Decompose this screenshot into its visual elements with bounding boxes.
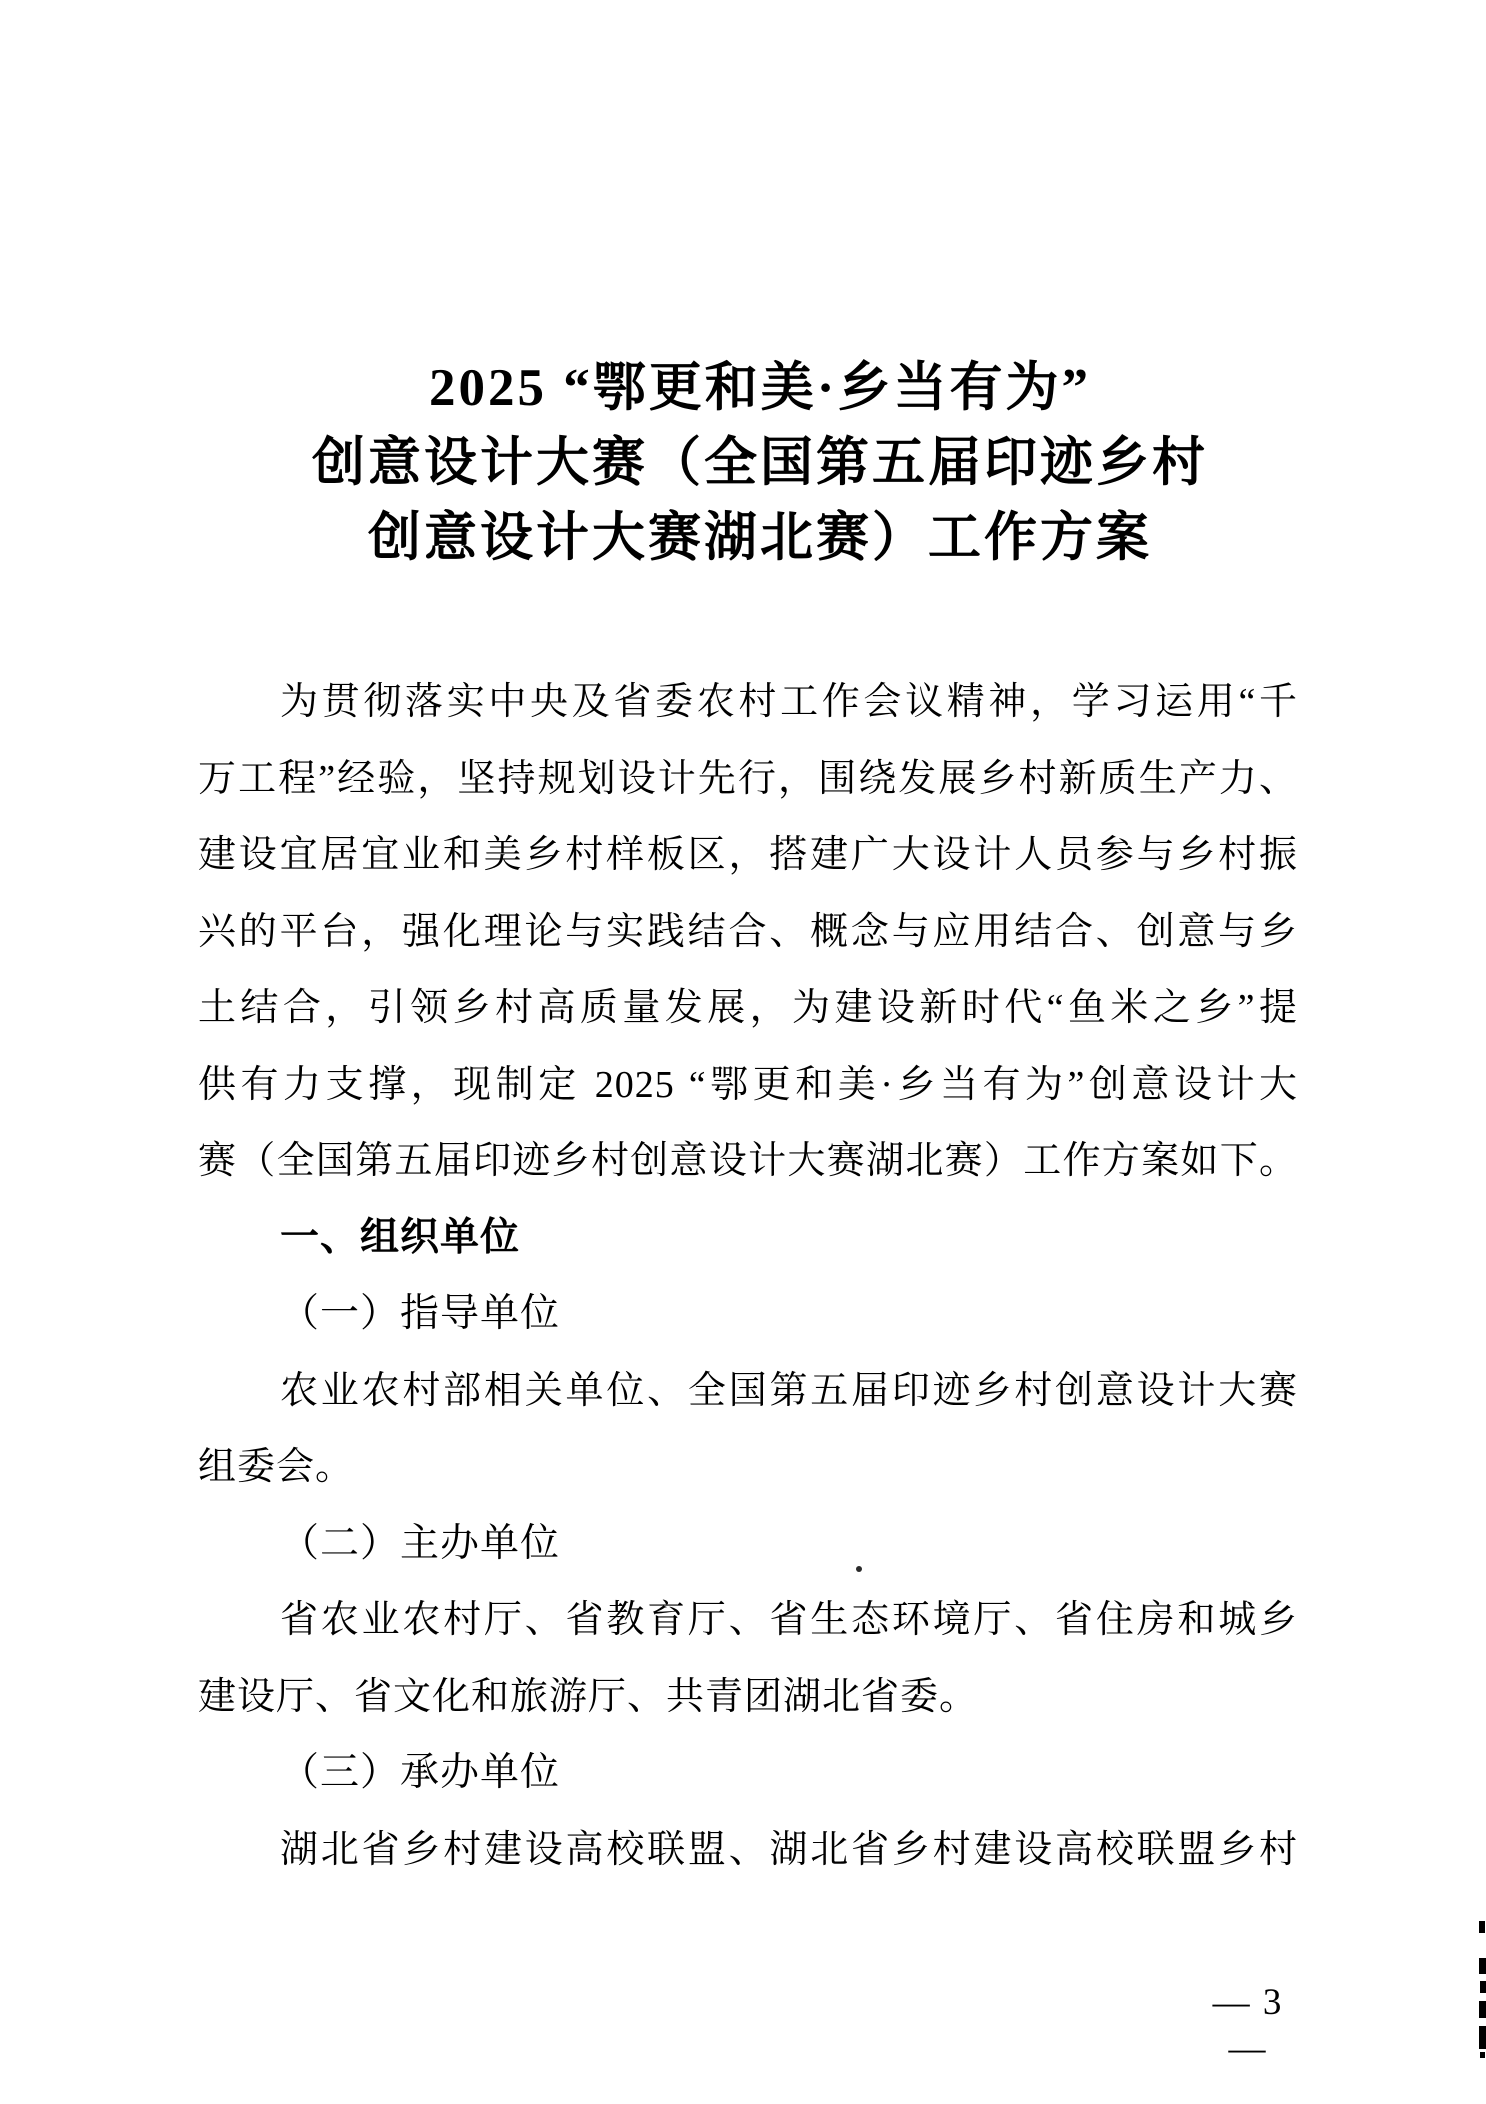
document-page: 2025 “鄂更和美·乡当有为” 创意设计大赛（全国第五届印迹乡村 创意设计大赛… bbox=[0, 0, 1486, 2104]
body-line: 万工程”经验，坚持规划设计先行，围绕发展乡村新质生产力、 bbox=[198, 741, 1298, 818]
body-line: 建设宜居宜业和美乡村样板区，搭建广大设计人员参与乡村振 bbox=[198, 817, 1298, 894]
body-line: 供有力支撑，现制定 2025 “鄂更和美·乡当有为”创意设计大 bbox=[198, 1047, 1298, 1124]
subsection-heading: （二）主办单位 bbox=[198, 1506, 1298, 1583]
subsection-heading: （三）承办单位 bbox=[198, 1735, 1298, 1812]
body-line: 为贯彻落实中央及省委农村工作会议精神，学习运用“千 bbox=[198, 664, 1298, 741]
body-line: 农业农村部相关单位、全国第五届印迹乡村创意设计大赛 bbox=[198, 1353, 1298, 1430]
body-line: 兴的平台，强化理论与实践结合、概念与应用结合、创意与乡 bbox=[198, 894, 1298, 971]
scan-artifact-mark bbox=[1480, 1981, 1486, 1993]
body-line: 湖北省乡村建设高校联盟、湖北省乡村建设高校联盟乡村 bbox=[198, 1812, 1298, 1889]
document-title: 2025 “鄂更和美·乡当有为” 创意设计大赛（全国第五届印迹乡村 创意设计大赛… bbox=[210, 351, 1310, 576]
document-body: 为贯彻落实中央及省委农村工作会议精神，学习运用“千 万工程”经验，坚持规划设计先… bbox=[198, 664, 1298, 1888]
scan-artifact-mark bbox=[1479, 1958, 1486, 1974]
title-line-2: 创意设计大赛（全国第五届印迹乡村 bbox=[210, 426, 1310, 501]
scan-artifact-mark bbox=[1479, 2001, 1486, 2018]
scan-artifact-mark bbox=[1479, 1921, 1485, 1933]
title-line-3: 创意设计大赛湖北赛）工作方案 bbox=[210, 501, 1310, 576]
title-line-1: 2025 “鄂更和美·乡当有为” bbox=[210, 351, 1310, 426]
body-line: 赛（全国第五届印迹乡村创意设计大赛湖北赛）工作方案如下。 bbox=[198, 1123, 1298, 1200]
body-line: 组委会。 bbox=[198, 1429, 1298, 1506]
section-heading: 一、组织单位 bbox=[198, 1200, 1298, 1277]
scan-artifact-mark bbox=[1480, 2052, 1485, 2058]
body-line: 省农业农村厅、省教育厅、省生态环境厅、省住房和城乡 bbox=[198, 1582, 1298, 1659]
subsection-heading: （一）指导单位 bbox=[198, 1276, 1298, 1353]
body-line: 建设厅、省文化和旅游厅、共青团湖北省委。 bbox=[198, 1659, 1298, 1736]
body-line: 土结合，引领乡村高质量发展，为建设新时代“鱼米之乡”提 bbox=[198, 970, 1298, 1047]
scan-artifact-mark bbox=[1479, 2026, 1486, 2049]
page-number: — 3 — bbox=[1188, 1980, 1308, 2026]
ink-speck-artifact bbox=[856, 1566, 862, 1572]
